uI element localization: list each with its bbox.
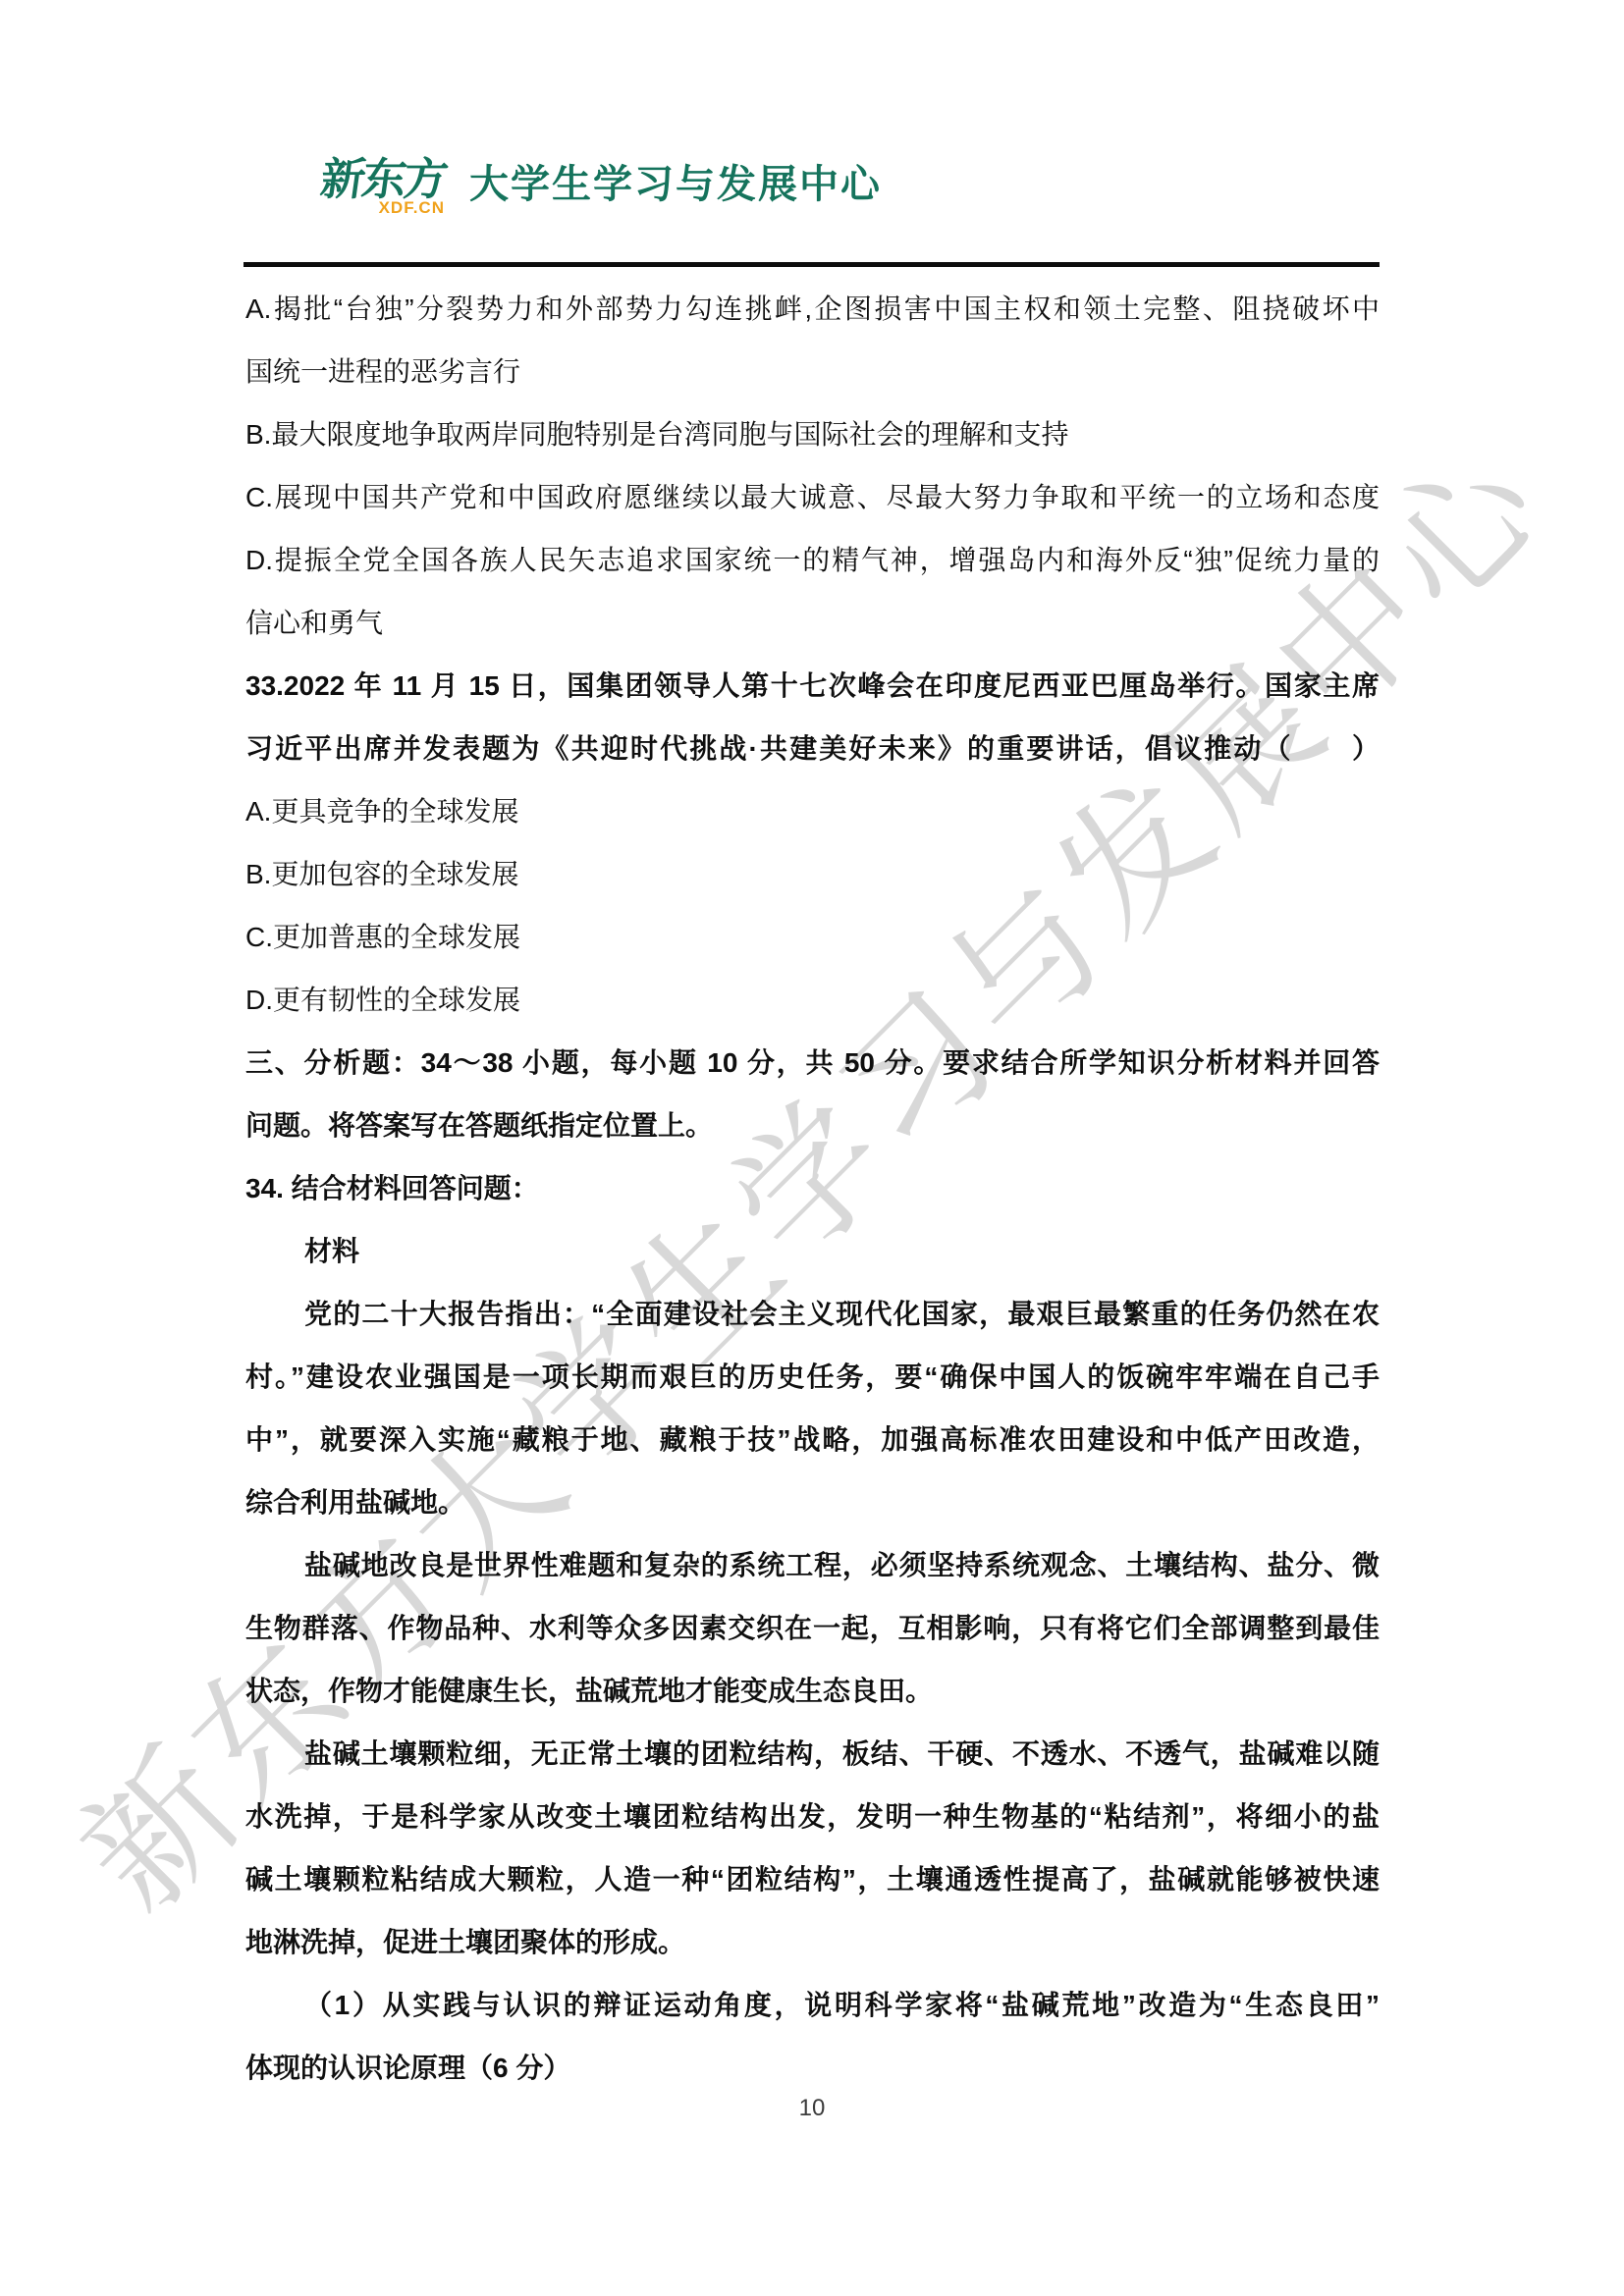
text-line: 党的二十大报告指出：“全面建设社会主义现代化国家，最艰巨最繁重的任务仍然在农 (245, 1283, 1380, 1346)
text-line: 习近平出席并发表题为《共迎时代挑战·共建美好未来》的重要讲话，倡议推动（ ） (245, 718, 1380, 780)
text-line: 盐碱地改良是世界性难题和复杂的系统工程，必须坚持系统观念、土壤结构、盐分、微 (245, 1534, 1380, 1597)
text-line: 34. 结合材料回答问题： (245, 1157, 1380, 1220)
text-line: 盐碱土壤颗粒细，无正常土壤的团粒结构，板结、干硬、不透水、不透气，盐碱难以随 (245, 1723, 1380, 1786)
text-line: 村。”建设农业强国是一项长期而艰巨的历史任务，要“确保中国人的饭碗牢牢端在自己手 (245, 1346, 1380, 1409)
exam-text-block: A.揭批“台独”分裂势力和外部势力勾连挑衅,企图损害中国主权和领土完整、阻挠破坏… (245, 278, 1380, 2100)
text-line: 三、分析题：34～38 小题，每小题 10 分，共 50 分。要求结合所学知识分… (245, 1032, 1380, 1095)
page-number: 10 (0, 2091, 1624, 2126)
text-line: B.更加包容的全球发展 (245, 843, 1380, 906)
xdf-logo: 新东方 XDF.CN (298, 157, 445, 216)
xdf-logo-text: 新东方 (295, 157, 448, 202)
text-line: 中”，就要深入实施“藏粮于地、藏粮于技”战略，加强高标准农田建设和中低产田改造， (245, 1409, 1380, 1471)
text-line: 问题。将答案写在答题纸指定位置上。 (245, 1095, 1380, 1157)
text-line: 碱土壤颗粒粘结成大颗粒，人造一种“团粒结构”，土壤通透性提高了，盐碱就能够被快速 (245, 1848, 1380, 1911)
header-divider (244, 262, 1380, 267)
document-page: 新东方大学生学习与发展中心 新东方 XDF.CN 大学生学习与发展中心 A.揭批… (0, 0, 1624, 2296)
text-line: 33.2022 年 11 月 15 日，国集团领导人第十七次峰会在印度尼西亚巴厘… (245, 655, 1380, 718)
text-line: 信心和勇气 (245, 592, 1380, 655)
text-line: 综合利用盐碱地。 (245, 1471, 1380, 1534)
text-line: D.提振全党全国各族人民矢志追求国家统一的精气神，增强岛内和海外反“独”促统力量… (245, 529, 1380, 592)
text-line: 国统一进程的恶劣言行 (245, 341, 1380, 403)
text-line: 材料 (245, 1220, 1380, 1283)
text-line: C.展现中国共产党和中国政府愿继续以最大诚意、尽最大努力争取和平统一的立场和态度 (245, 466, 1380, 529)
text-line: 地淋洗掉，促进土壤团聚体的形成。 (245, 1911, 1380, 1974)
text-line: （1）从实践与认识的辩证运动角度，说明科学家将“盐碱荒地”改造为“生态良田” (245, 1974, 1380, 2037)
letterhead-title: 大学生学习与发展中心 (469, 164, 882, 205)
text-line: B.最大限度地争取两岸同胞特别是台湾同胞与国际社会的理解和支持 (245, 403, 1380, 466)
text-line: D.更有韧性的全球发展 (245, 969, 1380, 1032)
text-line: A.揭批“台独”分裂势力和外部势力勾连挑衅,企图损害中国主权和领土完整、阻挠破坏… (245, 278, 1380, 341)
text-line: C.更加普惠的全球发展 (245, 906, 1380, 969)
text-line: 状态，作物才能健康生长，盐碱荒地才能变成生态良田。 (245, 1660, 1380, 1723)
text-line: A.更具竞争的全球发展 (245, 780, 1380, 843)
text-line: 生物群落、作物品种、水利等众多因素交织在一起，互相影响，只有将它们全部调整到最佳 (245, 1597, 1380, 1660)
text-line: 水洗掉，于是科学家从改变土壤团粒结构出发，发明一种生物基的“粘结剂”，将细小的盐 (245, 1786, 1380, 1848)
